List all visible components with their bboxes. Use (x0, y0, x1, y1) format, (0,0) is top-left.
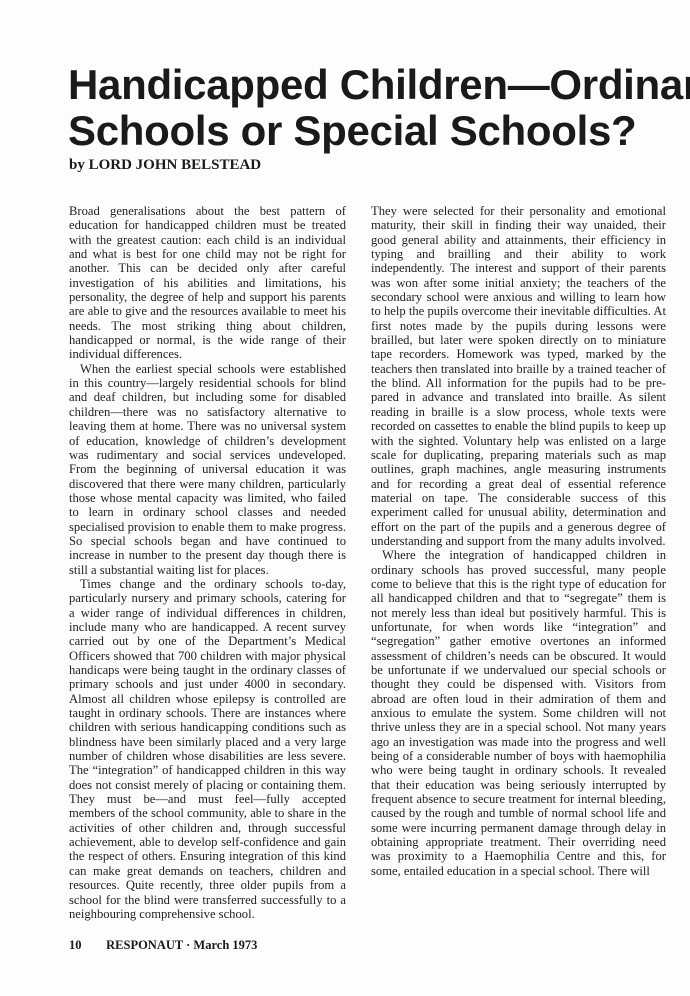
article-title-line-2: Schools or Special Schools? (68, 108, 678, 154)
paragraph: Where the integration of handicapped chi… (371, 548, 666, 878)
page-number: 10 (69, 938, 103, 953)
article-title: Handicapped Children—Ordinary Schools or… (68, 62, 678, 154)
paragraph: Broad generalisations about the best pat… (69, 204, 346, 362)
article-byline: by LORD JOHN BELSTEAD (69, 157, 261, 174)
paragraph: Times change and the ordinary schools to… (69, 577, 346, 921)
article-column-right: They were selected for their personality… (371, 204, 666, 878)
article-title-line-1: Handicapped Children—Ordinary (68, 62, 678, 108)
page-footer: 10 RESPONAUT · March 1973 (69, 938, 257, 953)
publication-info: RESPONAUT · March 1973 (106, 938, 257, 952)
paragraph: They were selected for their personality… (371, 204, 666, 548)
paragraph: When the earliest special schools were e… (69, 362, 346, 577)
article-column-left: Broad generalisations about the best pat… (69, 204, 346, 921)
